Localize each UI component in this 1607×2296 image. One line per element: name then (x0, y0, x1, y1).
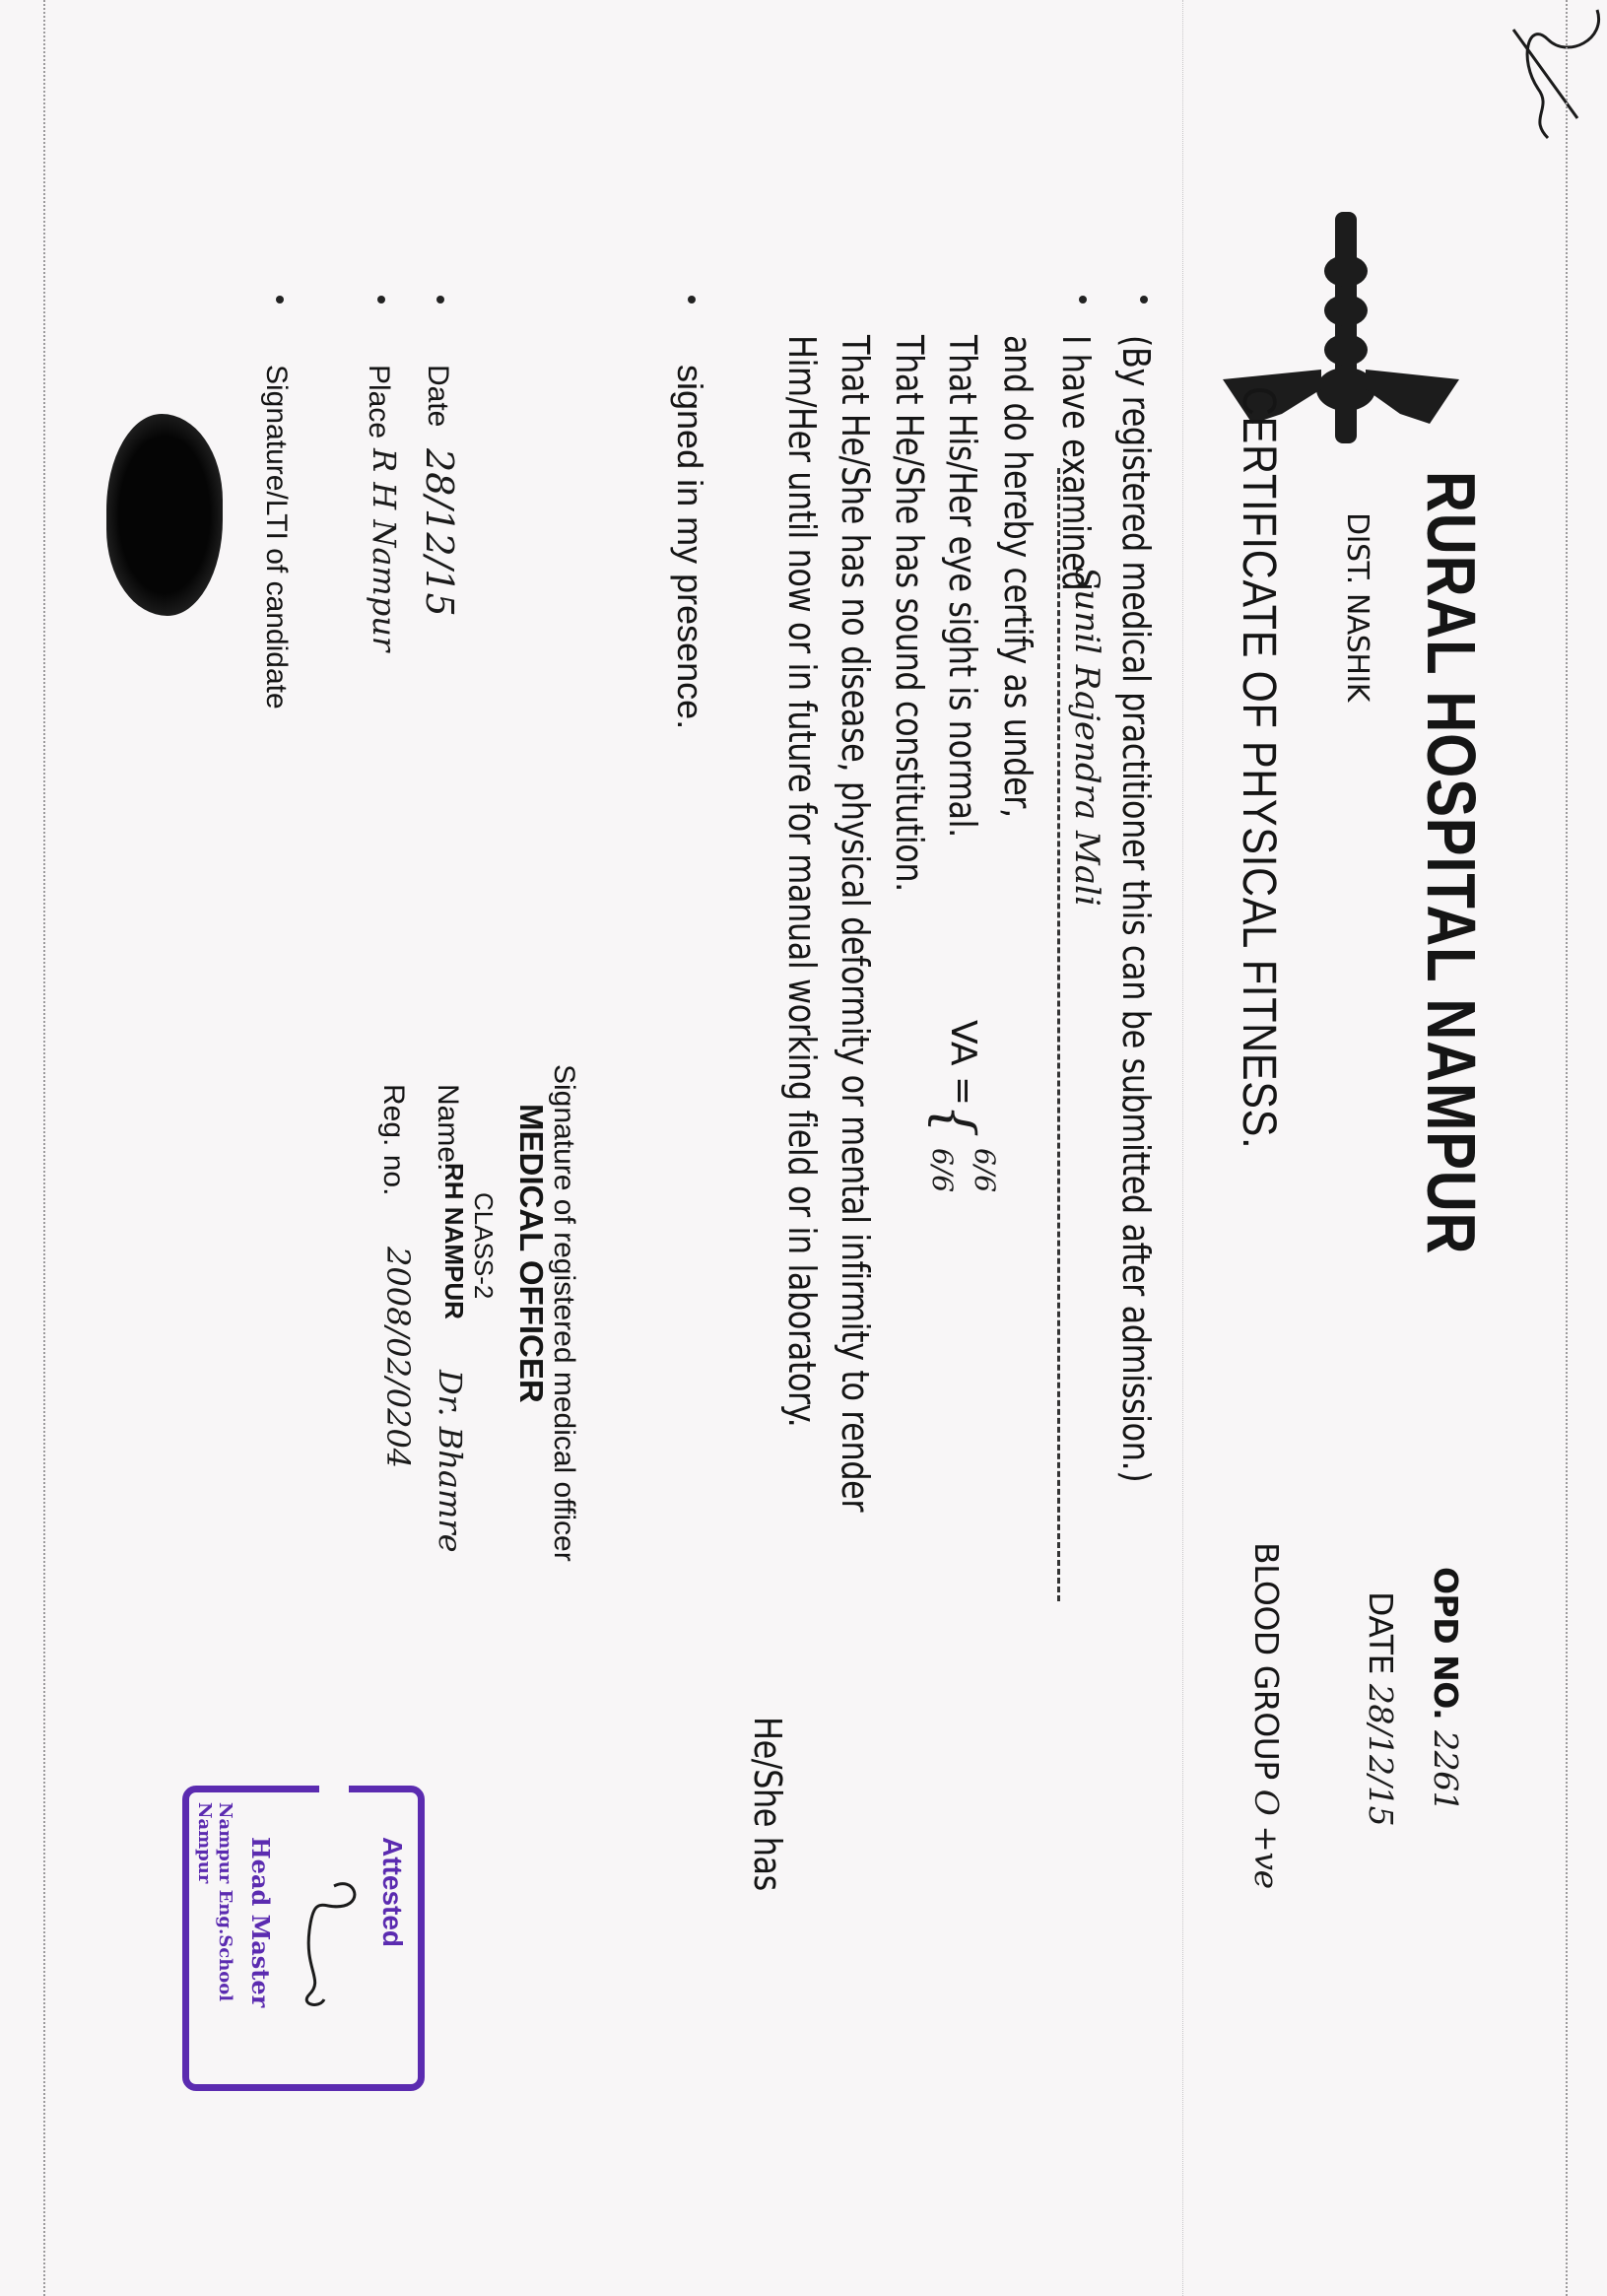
doctor-signature (1499, 0, 1607, 148)
district-label: DIST. NASHIK (1340, 512, 1374, 702)
certify-line: and do hereby certify as under, (996, 335, 1039, 818)
constitution-line: That He/She has sound constitution. (888, 335, 931, 892)
attested-label: Attested (376, 1837, 408, 1947)
visual-acuity-label: VA = (943, 1020, 983, 1106)
candidate-place-label: Place (362, 365, 395, 439)
working-field-line: Him/Her until now or in future for manua… (780, 335, 824, 1427)
thumbprint-icon (106, 414, 223, 616)
margin-guide (1182, 0, 1183, 2296)
medical-officer-signature-label: Signature of registered medical officer (547, 1064, 580, 1562)
attested-stamp: Attested Head Master Nampur Eng.School N… (182, 1786, 425, 2091)
he-she-has-line: He/She has (746, 1717, 789, 1891)
officer-reg-value: 2008/02/0204 (379, 1247, 417, 1468)
opd-label: OPD NO. (1427, 1567, 1465, 1720)
eyesight-line: That His/Her eye sight is normal. (941, 335, 984, 838)
bullet (1140, 296, 1148, 304)
candidate-date-value: 28/12/15 (418, 448, 461, 617)
bullet (436, 296, 444, 304)
medical-officer-stamp: MEDICAL OFFICER (512, 1104, 550, 1403)
candidate-place-value: R H Nampur (366, 448, 403, 651)
blood-group-label: BLOOD GROUP (1247, 1542, 1286, 1780)
header-date-field: DATE 28/12/15 (1362, 1591, 1400, 1826)
no-disease-line: That He/She has no disease, physical def… (834, 335, 877, 1512)
opd-number-field: OPD NO. 2261 (1427, 1567, 1465, 1811)
candidate-date-label: Date (421, 365, 454, 427)
head-master-label: Head Master (246, 1837, 275, 2007)
officer-class: CLASS-2 (468, 1192, 499, 1299)
candidate-signature-label: Signature/LTI of candidate (259, 365, 293, 709)
header-date-label: DATE (1362, 1591, 1400, 1674)
visual-acuity-right: 6/6 (969, 1148, 1001, 1192)
header-date-value: 28/12/15 (1362, 1684, 1400, 1826)
bullet (1079, 296, 1087, 304)
certificate-intro-line: (By registered medical practitioner this… (1114, 335, 1158, 1482)
bullet (688, 296, 696, 304)
visual-acuity-left: 6/6 (926, 1148, 959, 1192)
examined-candidate-name: Sunil Rajendra Mali (1067, 567, 1106, 907)
officer-name-value: Dr. Bhamre (432, 1370, 469, 1553)
bullet (377, 296, 385, 304)
bullet (276, 296, 284, 304)
blood-group-value: O +ve (1247, 1790, 1286, 1889)
hospital-name: RURAL HOSPITAL NAMPUR (1412, 471, 1491, 1254)
stamp-border-gap (319, 1783, 349, 1796)
examined-line: I have examined (1054, 335, 1098, 590)
opd-number-value: 2261 (1427, 1730, 1465, 1811)
signed-in-presence-line: signed in my presence. (669, 365, 710, 729)
certificate-title: CERTIFICATE OF PHYSICAL FITNESS. (1232, 386, 1286, 1149)
name-fill-line (1057, 468, 1060, 1601)
certificate-page: RURAL HOSPITAL NAMPUR DIST. NASHIK OPD N… (0, 0, 1607, 2296)
blood-group-field: BLOOD GROUP O +ve (1247, 1542, 1286, 1889)
school-name-label: Nampur Eng.School Nampur (194, 1802, 235, 2084)
officer-place-stamp: RH NAMPUR (438, 1163, 469, 1319)
top-perforation (1566, 0, 1568, 2296)
officer-reg-label: Reg. no. (376, 1084, 410, 1195)
officer-name-label: Name: (431, 1084, 464, 1171)
brace-icon: { (924, 1104, 986, 1137)
bottom-perforation (43, 0, 45, 2296)
head-master-signature (280, 1871, 364, 2019)
